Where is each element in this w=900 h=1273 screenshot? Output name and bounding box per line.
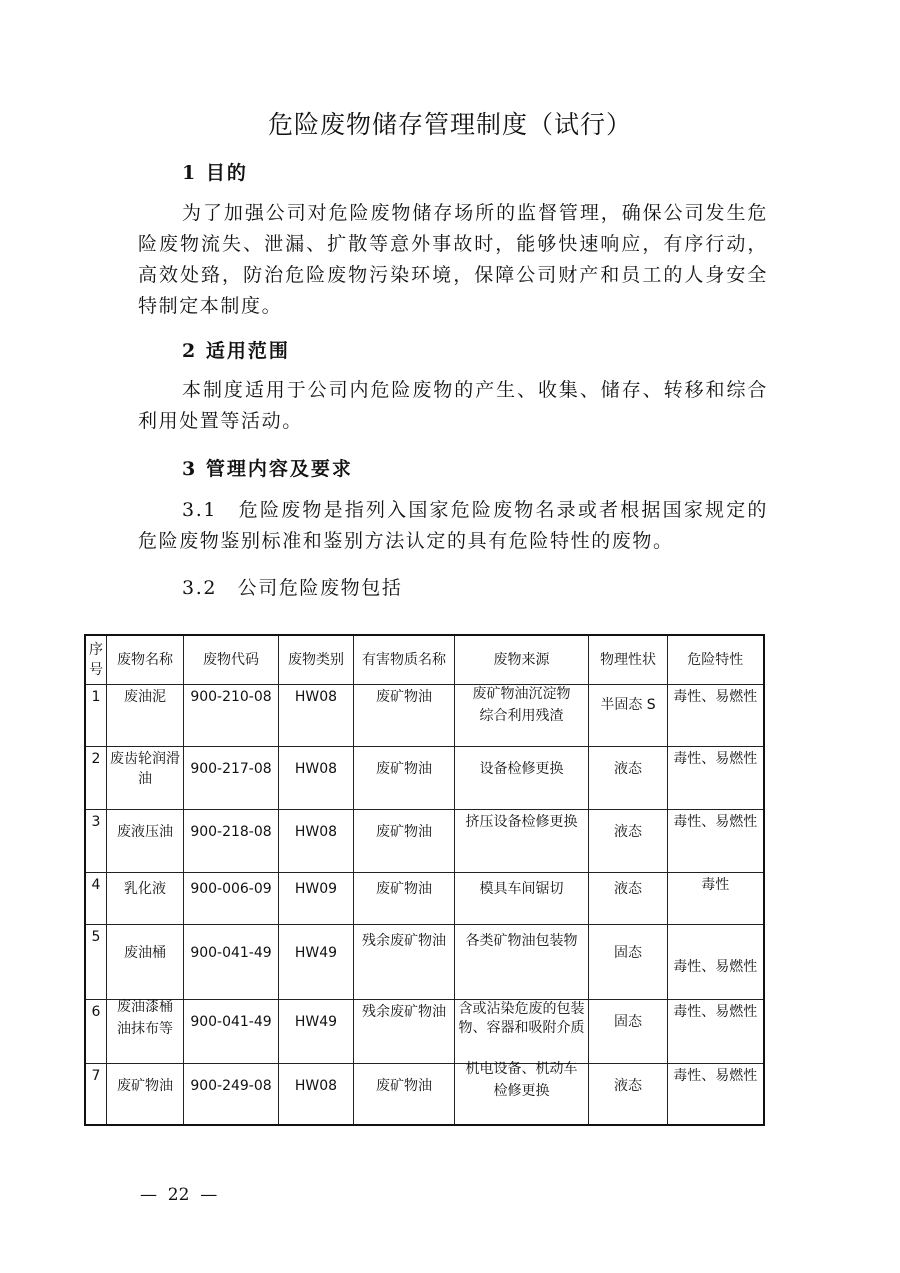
cell-name: 废油漆桶 油抹布等	[107, 999, 184, 1063]
cell-state: 液态	[589, 1063, 668, 1125]
cell-category: HW09	[279, 872, 354, 924]
cell-no: 2	[85, 746, 107, 809]
cell-hazard: 毒性、易燃性	[668, 999, 764, 1063]
cell-category: HW08	[279, 684, 354, 746]
cell-name: 废液压油	[107, 809, 184, 872]
header-name: 废物名称	[107, 635, 184, 684]
cell-no: 1	[85, 684, 107, 746]
cell-substance: 废矿物油	[354, 872, 455, 924]
header-no: 序号	[85, 635, 107, 684]
cell-category: HW49	[279, 924, 354, 999]
cell-hazard: 毒性、易燃性	[668, 746, 764, 809]
cell-category: HW49	[279, 999, 354, 1063]
section-heading-requirements: 3 管理内容及要求	[182, 454, 353, 481]
cell-code: 900-210-08	[184, 684, 279, 746]
header-category: 废物类别	[279, 635, 354, 684]
cell-source: 模具车间锯切	[455, 872, 589, 924]
cell-category: HW08	[279, 746, 354, 809]
cell-substance: 废矿物油	[354, 746, 455, 809]
table-row: 7 废矿物油 900-249-08 HW08 废矿物油 机电设备、机动车 检修更…	[85, 1063, 764, 1125]
cell-substance: 废矿物油	[354, 684, 455, 746]
cell-source: 废矿物油沉淀物 综合利用残渣	[455, 684, 589, 746]
table-row: 3 废液压油 900-218-08 HW08 废矿物油 挤压设备检修更换 液态 …	[85, 809, 764, 872]
cell-name: 乳化液	[107, 872, 184, 924]
cell-hazard: 毒性、易燃性	[668, 684, 764, 746]
cell-no: 4	[85, 872, 107, 924]
cell-category: HW08	[279, 1063, 354, 1125]
cell-code: 900-218-08	[184, 809, 279, 872]
cell-hazard: 毒性、易燃性	[668, 809, 764, 872]
cell-code: 900-006-09	[184, 872, 279, 924]
cell-no: 7	[85, 1063, 107, 1125]
cell-substance: 残余废矿物油	[354, 924, 455, 999]
cell-code: 900-041-49	[184, 999, 279, 1063]
cell-source: 机电设备、机动车 检修更换	[455, 1063, 589, 1125]
cell-code: 900-217-08	[184, 746, 279, 809]
table-header-row: 序号 废物名称 废物代码 废物类别 有害物质名称 废物来源 物理性状 危险特性	[85, 635, 764, 684]
cell-name: 废油桶	[107, 924, 184, 999]
cell-code: 900-249-08	[184, 1063, 279, 1125]
section-heading-purpose: 1 目的	[182, 158, 248, 185]
cell-state: 液态	[589, 746, 668, 809]
document-title: 危险废物储存管理制度（试行）	[0, 105, 900, 141]
cell-substance: 废矿物油	[354, 809, 455, 872]
cell-source: 挤压设备检修更换	[455, 809, 589, 872]
cell-state: 液态	[589, 809, 668, 872]
cell-category: HW08	[279, 809, 354, 872]
section-paragraph-scope: 本制度适用于公司内危险废物的产生、收集、储存、转移和综合利用处置等活动。	[138, 375, 768, 437]
cell-hazard: 毒性、易燃性	[668, 924, 764, 999]
cell-source: 各类矿物油包装物	[455, 924, 589, 999]
header-source: 废物来源	[455, 635, 589, 684]
cell-no: 5	[85, 924, 107, 999]
cell-name: 废矿物油	[107, 1063, 184, 1125]
table-row: 2 废齿轮润滑油 900-217-08 HW08 废矿物油 设备检修更换 液态 …	[85, 746, 764, 809]
header-state: 物理性状	[589, 635, 668, 684]
cell-name: 废齿轮润滑油	[107, 746, 184, 809]
header-substance: 有害物质名称	[354, 635, 455, 684]
header-hazard: 危险特性	[668, 635, 764, 684]
cell-state: 固态	[589, 999, 668, 1063]
cell-no: 6	[85, 999, 107, 1063]
clause-3-1: 3.1 危险废物是指列入国家危险废物名录或者根据国家规定的危险废物鉴别标准和鉴别…	[138, 495, 768, 557]
section-paragraph-purpose: 为了加强公司对危险废物储存场所的监督管理，确保公司发生危险废物流失、泄漏、扩散等…	[138, 198, 768, 322]
cell-state: 液态	[589, 872, 668, 924]
clause-3-2: 3.2 公司危险废物包括	[182, 573, 402, 600]
table-row: 6 废油漆桶 油抹布等 900-041-49 HW49 残余废矿物油 含或沾染危…	[85, 999, 764, 1063]
section-heading-scope: 2 适用范围	[182, 336, 290, 363]
page-number: — 22 —	[140, 1185, 217, 1205]
header-code: 废物代码	[184, 635, 279, 684]
table-row: 1 废油泥 900-210-08 HW08 废矿物油 废矿物油沉淀物 综合利用残…	[85, 684, 764, 746]
cell-substance: 废矿物油	[354, 1063, 455, 1125]
cell-hazard: 毒性	[668, 872, 764, 924]
cell-name: 废油泥	[107, 684, 184, 746]
cell-code: 900-041-49	[184, 924, 279, 999]
table-row: 4 乳化液 900-006-09 HW09 废矿物油 模具车间锯切 液态 毒性	[85, 872, 764, 924]
cell-hazard: 毒性、易燃性	[668, 1063, 764, 1125]
cell-source: 含或沾染危废的包装物、容器和吸附介质	[455, 999, 589, 1063]
table-row: 5 废油桶 900-041-49 HW49 残余废矿物油 各类矿物油包装物 固态…	[85, 924, 764, 999]
hazardous-waste-table: 序号 废物名称 废物代码 废物类别 有害物质名称 废物来源 物理性状 危险特性 …	[84, 634, 765, 1126]
document-page: 危险废物储存管理制度（试行） 1 目的 为了加强公司对危险废物储存场所的监督管理…	[0, 0, 900, 1273]
cell-no: 3	[85, 809, 107, 872]
cell-substance: 残余废矿物油	[354, 999, 455, 1063]
cell-state: 固态	[589, 924, 668, 999]
cell-state: 半固态 S	[589, 684, 668, 746]
cell-source: 设备检修更换	[455, 746, 589, 809]
